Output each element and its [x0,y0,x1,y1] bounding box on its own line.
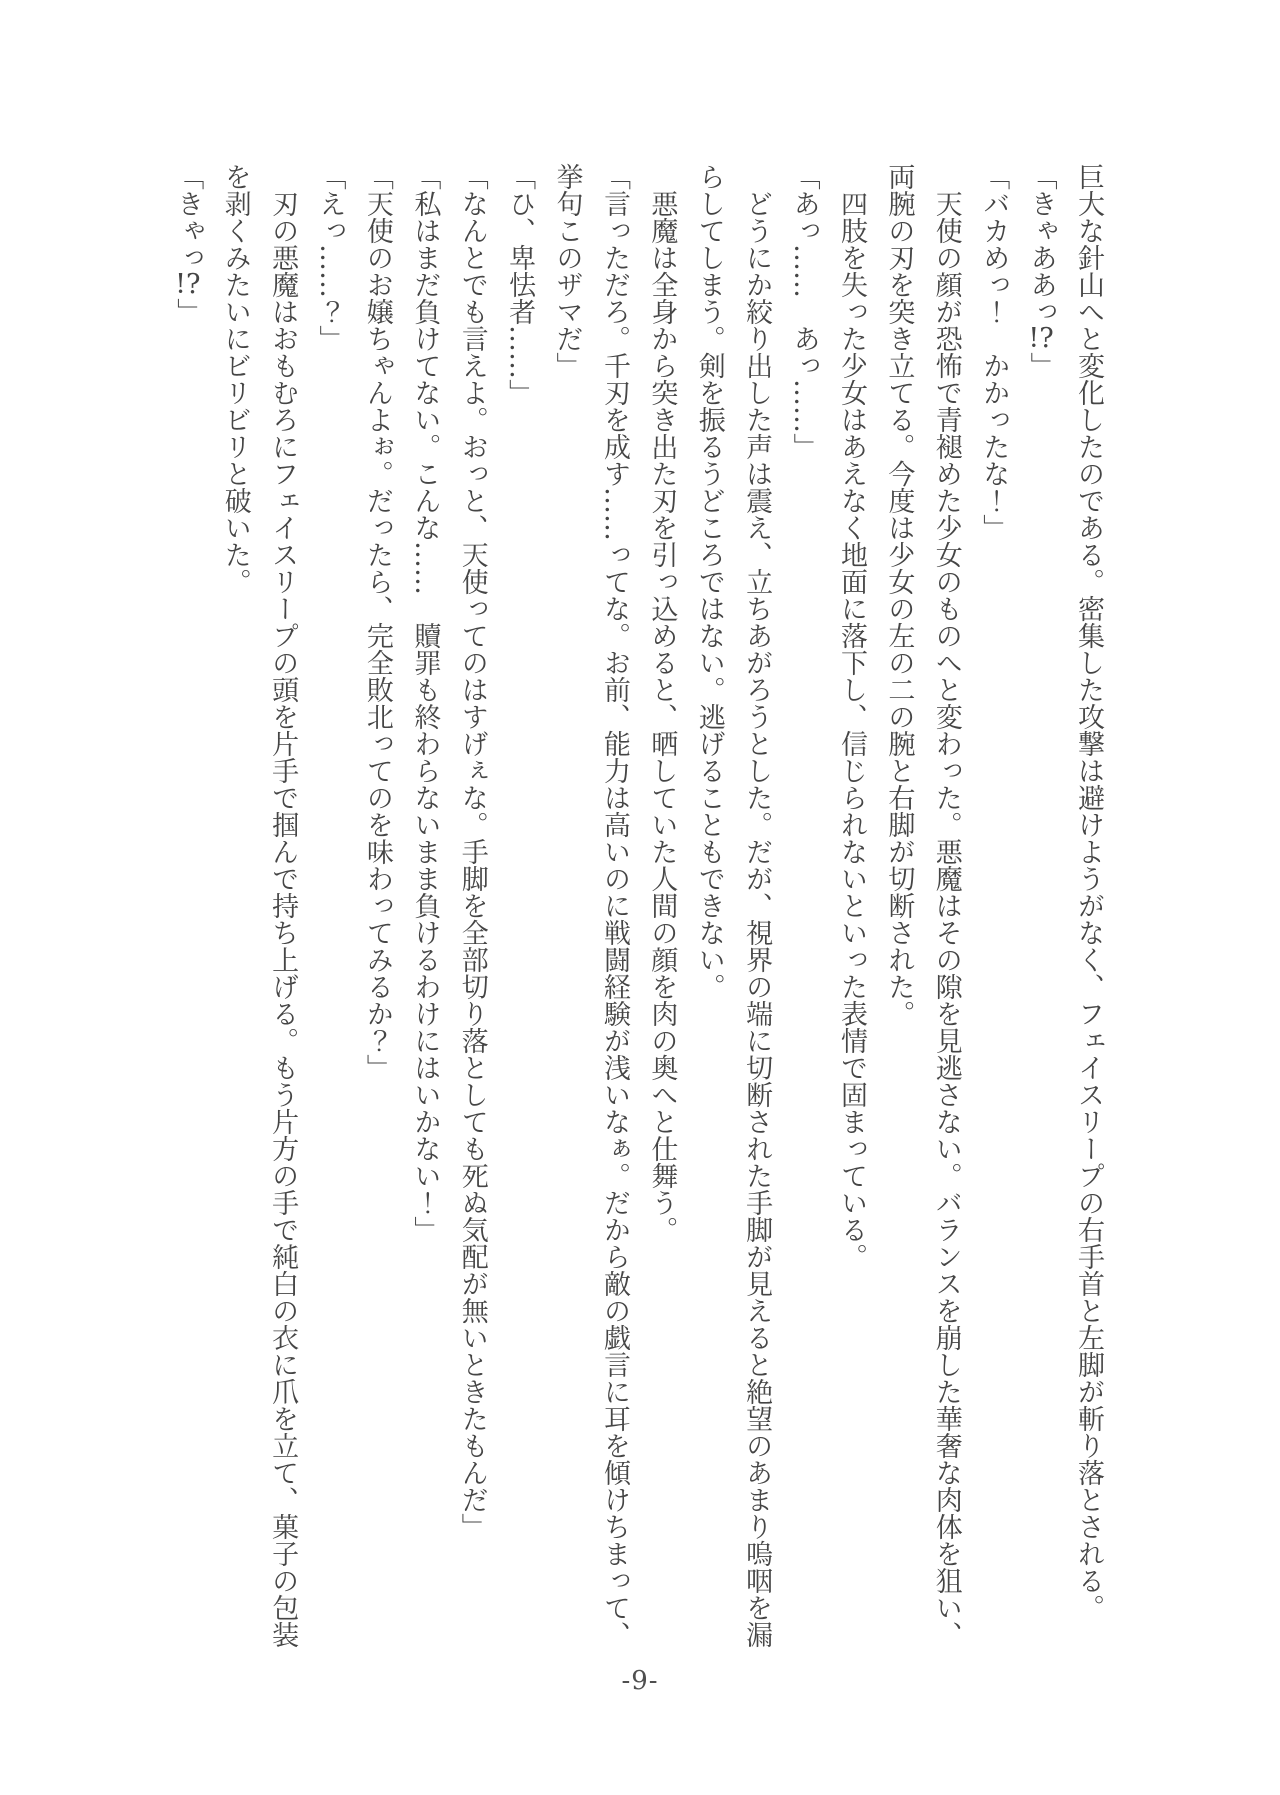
novel-page: 巨大な針山へと変化したのである。密集した攻撃は避けようがなく、フェイスリープの右… [0,0,1280,1795]
paragraph: 四肢を失った少女はあえなく地面に落下し、信じられないといった表情で固まっている。 [828,163,875,1653]
paragraph: 「言っただろ。千刃を成す……ってな。お前、能力は高いのに戦闘経験が浅いなぁ。だか… [543,163,638,1653]
paragraph: 「ひ、卑怯者……」 [496,163,543,1653]
paragraph: 「私はまだ負けてない。こんな…… 贖罪も終わらないまま負けるわけにはいかない！」 [401,163,448,1653]
tatechuyoko-exclamation: !? [1026,325,1057,352]
page-text-area: 巨大な針山へと変化したのである。密集した攻撃は避けようがなく、フェイスリープの右… [164,163,1112,1653]
paragraph: 悪魔は全身から突き出た刃を引っ込めると、晒していた人間の顔を肉の奥へと仕舞う。 [638,163,685,1653]
paragraph: 「あっ…… あっ……」 [780,163,827,1653]
paragraph: 「天使のお嬢ちゃんよぉ。だったら、完全敗北ってのを味わってみるか？」 [354,163,401,1653]
paragraph: 「バカめっ！ かかったな！」 [970,163,1017,1653]
paragraph: 巨大な針山へと変化したのである。密集した攻撃は避けようがなく、フェイスリープの右… [1065,163,1112,1653]
tatechuyoko-exclamation: !? [172,271,203,298]
paragraph: どうにか絞り出した声は震え、立ちあがろうとした。だが、視界の端に切断された手脚が… [685,163,780,1653]
paragraph: 天使の顔が恐怖で青褪めた少女のものへと変わった。悪魔はその隙を見逃さない。バラン… [875,163,970,1653]
paragraph: 「きゃっ!?」 [164,163,211,1653]
paragraph: 「なんとでも言えよ。おっと、天使ってのはすげぇな。手脚を全部切り落としても死ぬ気… [448,163,495,1653]
page-number: -9- [0,1666,1280,1696]
paragraph: 「えっ……？」 [306,163,353,1653]
paragraph: 刃の悪魔はおもむろにフェイスリープの頭を片手で掴んで持ち上げる。もう片方の手で純… [211,163,306,1653]
paragraph: 「きゃああっ!?」 [1017,163,1064,1653]
